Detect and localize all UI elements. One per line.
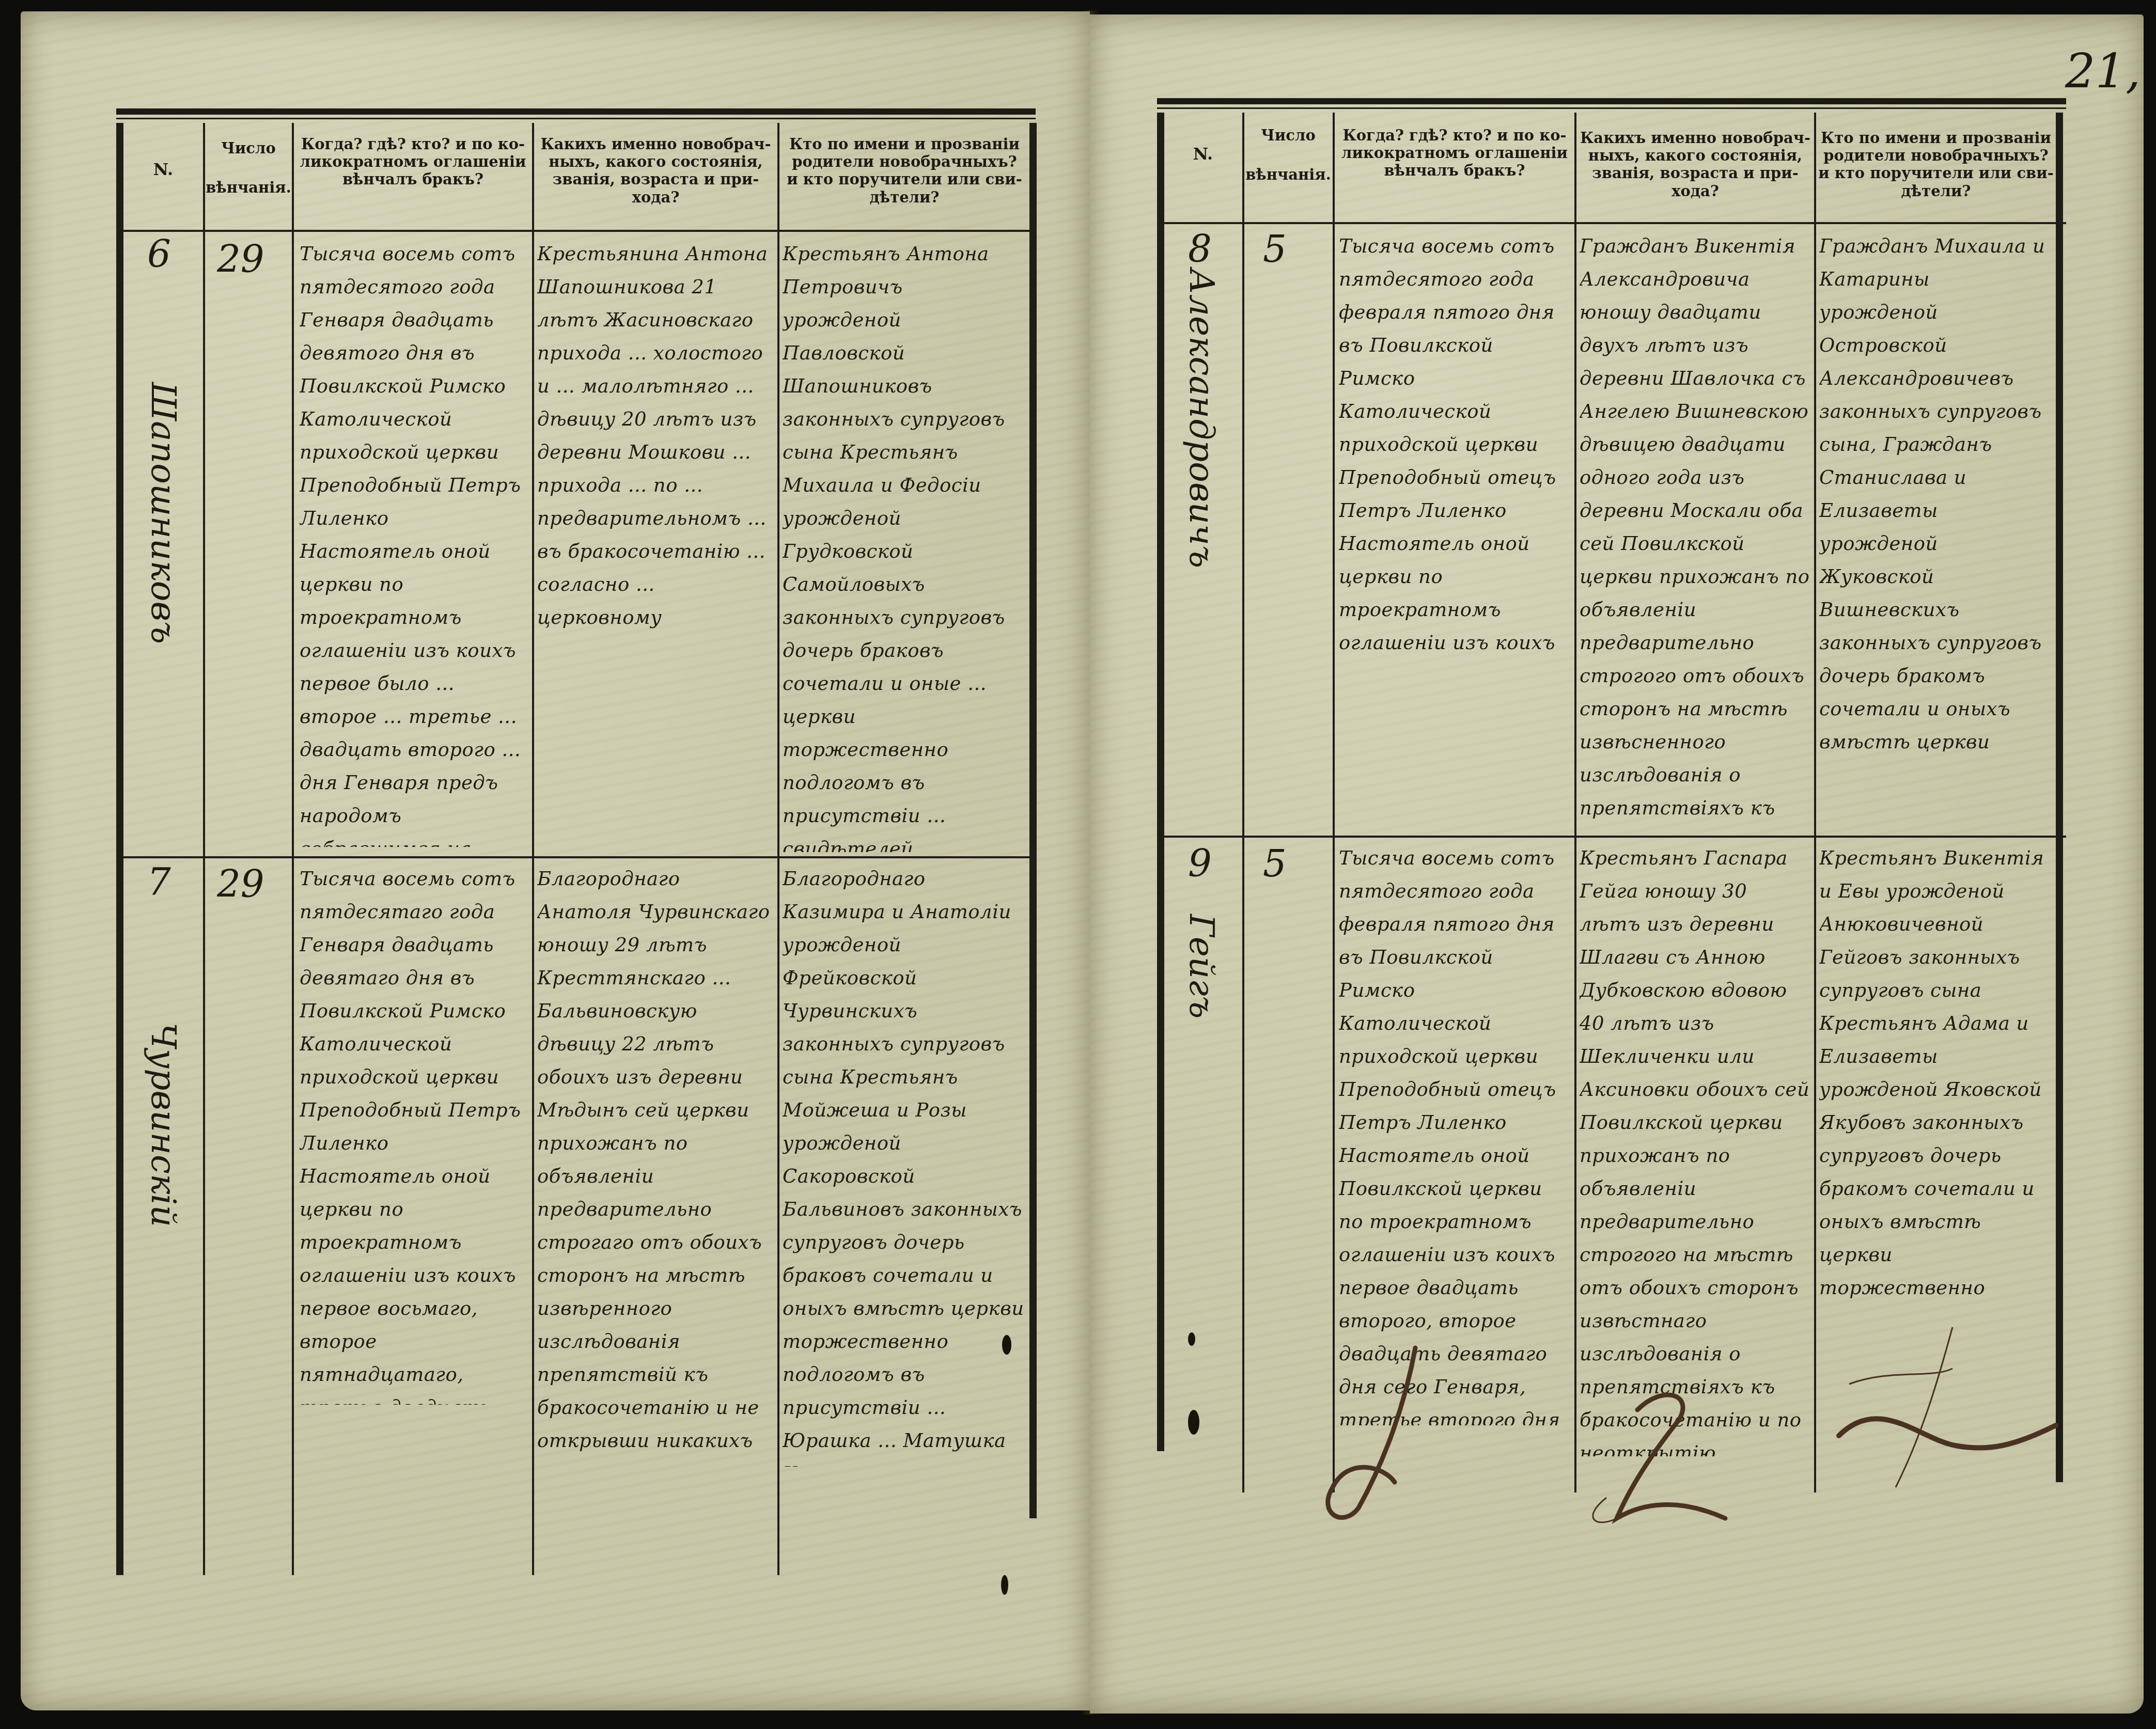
left-ledger-table: N. Число вѣнчанія. Когда? гдѣ? кто? и по… bbox=[116, 108, 1036, 1575]
table-top-rule bbox=[116, 108, 1036, 115]
header-line: Когда? гдѣ? кто? и по ко- bbox=[1335, 127, 1574, 144]
header-line: Кто по имени и прозваніи bbox=[1816, 129, 2056, 147]
groom-surname-vertical: Гейгъ bbox=[1182, 914, 1222, 1019]
col-divider bbox=[292, 123, 294, 1575]
col-divider bbox=[203, 123, 205, 1575]
entry-newlyweds: Крестьянина Антона Шапошникова 21 лѣтъ Ж… bbox=[537, 238, 772, 852]
header-line: званія, возраста и при- bbox=[534, 170, 777, 188]
groom-surname-vertical: Шапошниковъ bbox=[144, 382, 183, 644]
binding-hole bbox=[1188, 1332, 1195, 1346]
header-date-line: вѣнчанія. bbox=[205, 179, 292, 196]
header-parents-witnesses: Кто по имени и прозваніи родители новобр… bbox=[779, 135, 1029, 206]
entry-day: 5 bbox=[1263, 842, 1287, 885]
binding-hole bbox=[1188, 1410, 1199, 1435]
col-divider bbox=[1242, 113, 1244, 1492]
entry-divider bbox=[1157, 836, 2066, 838]
header-line: Какихъ именно новобрач- bbox=[534, 135, 777, 153]
header-when-where: Когда? гдѣ? кто? и по ко- ликократномъ о… bbox=[1335, 127, 1574, 180]
header-bottom-rule bbox=[116, 230, 1036, 232]
groom-surname-vertical: Чурвинскій bbox=[144, 1023, 183, 1227]
entry-divider bbox=[116, 856, 1036, 858]
closing-flourish-3 bbox=[1818, 1322, 2066, 1508]
entry-day: 29 bbox=[217, 862, 264, 906]
header-line: ликократномъ оглашеніи bbox=[1335, 144, 1574, 162]
header-date: Число вѣнчанія. bbox=[1244, 127, 1333, 183]
header-line: дѣтели? bbox=[779, 188, 1029, 206]
table-right-border bbox=[2056, 113, 2063, 1482]
header-date-line: вѣнчанія. bbox=[1244, 166, 1333, 183]
header-line: вѣнчалъ бракъ? bbox=[1335, 162, 1574, 179]
entry-day: 29 bbox=[217, 238, 264, 281]
table-left-border bbox=[1157, 113, 1164, 1451]
entry-when-where: Тысяча восемь сотъ пятдесятого года Генв… bbox=[300, 238, 527, 847]
header-line: дѣтели? bbox=[1816, 182, 2056, 200]
header-date: Число вѣнчанія. bbox=[205, 139, 292, 196]
header-date-line: Число bbox=[205, 139, 292, 157]
entry-when-where: Тысяча восемь сотъ пятдесятого года февр… bbox=[1339, 842, 1571, 1425]
entry-parents-witnesses: Крестьянъ Антона Петровичъ урожденой Пав… bbox=[783, 238, 1025, 852]
entry-when-where: Тысяча восемь сотъ пятдесятаго года Генв… bbox=[300, 862, 527, 1405]
header-line: вѣнчалъ бракъ? bbox=[294, 170, 532, 188]
folio-number: 21, bbox=[2065, 43, 2141, 99]
header-newlyweds: Какихъ именно новобрач- ныхъ, какого сос… bbox=[534, 135, 777, 206]
entry-day: 5 bbox=[1263, 227, 1287, 271]
table-top-rule-thin bbox=[116, 118, 1036, 119]
col-divider bbox=[1814, 113, 1816, 1492]
entry-parents-witnesses: Благороднаго Казимира и Анатоліи урожден… bbox=[783, 862, 1025, 1467]
header-line: ликократномъ оглашеніи bbox=[294, 153, 532, 170]
closing-flourish-2 bbox=[1575, 1363, 1746, 1534]
groom-surname-vertical: Александровичъ bbox=[1182, 269, 1222, 568]
header-n: N. bbox=[1164, 145, 1242, 164]
header-newlyweds: Какихъ именно новобрач- ныхъ, какого сос… bbox=[1576, 129, 1814, 200]
table-top-rule bbox=[1157, 98, 2066, 104]
header-line: ныхъ, какого состоянія, bbox=[534, 153, 777, 170]
entry-parents-witnesses: Крестьянъ Викентія и Евы урожденой Анюко… bbox=[1819, 842, 2053, 1307]
entry-number: 9 bbox=[1188, 842, 1212, 885]
header-line: и кто поручители или сви- bbox=[779, 170, 1029, 188]
entry-newlyweds: Гражданъ Викентія Александровича юношу д… bbox=[1580, 230, 1811, 829]
col-divider bbox=[532, 123, 534, 1575]
header-line: ныхъ, какого состоянія, bbox=[1576, 147, 1814, 164]
table-left-border bbox=[116, 123, 123, 1575]
entry-when-where: Тысяча восемь сотъ пятдесятого года февр… bbox=[1339, 230, 1571, 653]
binding-hole bbox=[1001, 1575, 1008, 1595]
header-n: N. bbox=[123, 160, 203, 180]
entry-number: 6 bbox=[147, 232, 171, 276]
closing-flourish-1 bbox=[1322, 1343, 1477, 1529]
right-ledger-table: N. Число вѣнчанія. Когда? гдѣ? кто? и по… bbox=[1157, 98, 2066, 1492]
entry-number: 8 bbox=[1188, 227, 1212, 271]
col-divider bbox=[1574, 113, 1576, 1492]
table-right-border bbox=[1029, 123, 1037, 1518]
header-bottom-rule bbox=[1157, 222, 2066, 224]
header-when-where: Когда? гдѣ? кто? и по ко- ликократномъ о… bbox=[294, 135, 532, 188]
header-line: родители новобрачныхъ? bbox=[779, 153, 1029, 170]
header-line: хода? bbox=[534, 188, 777, 206]
col-divider bbox=[1333, 113, 1335, 1492]
header-line: и кто поручители или сви- bbox=[1816, 164, 2056, 182]
entry-parents-witnesses: Гражданъ Михаила и Катарины урожденой Ос… bbox=[1819, 230, 2053, 751]
header-parents-witnesses: Кто по имени и прозваніи родители новобр… bbox=[1816, 129, 2056, 200]
binding-hole bbox=[1002, 1335, 1011, 1355]
entry-newlyweds: Благороднаго Анатоля Чурвинскаго юношу 2… bbox=[537, 862, 772, 1461]
table-top-rule-thin bbox=[1157, 107, 2066, 109]
header-line: званія, возраста и при- bbox=[1576, 164, 1814, 182]
entry-number: 7 bbox=[147, 860, 171, 903]
header-line: Кто по имени и прозваніи bbox=[779, 135, 1029, 153]
header-date-line: Число bbox=[1244, 127, 1333, 144]
header-line: Когда? гдѣ? кто? и по ко- bbox=[294, 135, 532, 153]
header-line: Какихъ именно новобрач- bbox=[1576, 129, 1814, 147]
col-divider bbox=[777, 123, 779, 1575]
header-line: родители новобрачныхъ? bbox=[1816, 147, 2056, 164]
header-line: хода? bbox=[1576, 182, 1814, 200]
